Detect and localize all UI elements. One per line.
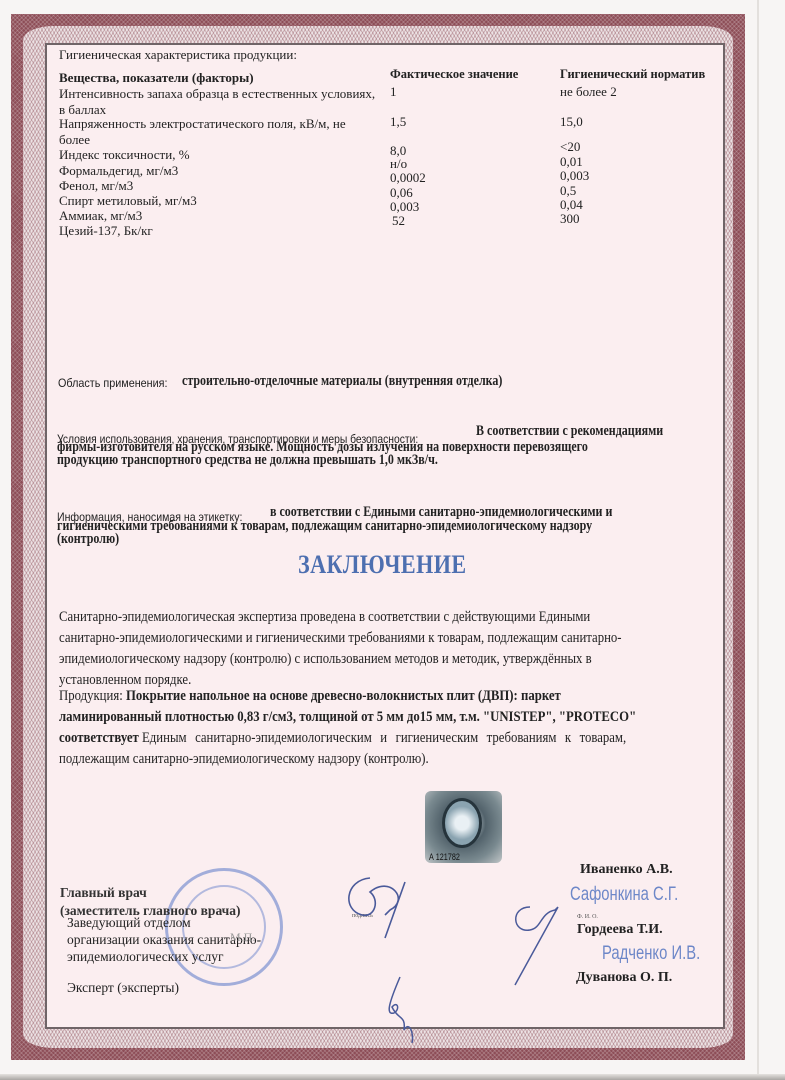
signature-icon: [510, 895, 570, 985]
product-name-cont: ламинированный плотностью 0,83 г/см3, то…: [59, 707, 636, 728]
scope-value: строительно-отделочные материалы (внутре…: [182, 373, 502, 390]
name-ivanenko: Иваненко А.В.: [580, 862, 673, 878]
row-substance: Интенсивность запаха образца в естествен…: [59, 86, 375, 101]
conditions-value-3: продукцию транспортного средства не долж…: [57, 452, 438, 469]
scope-label: Область применения:: [58, 376, 168, 390]
row-substance-cont: в баллах: [59, 102, 106, 117]
row-actual: 0,003: [390, 199, 419, 214]
row-actual: 1,5: [390, 114, 406, 129]
complies-rest: Единым санитарно-эпидемиологическим и ги…: [142, 730, 626, 746]
row-norm: <20: [560, 139, 580, 154]
head-label-3: эпидемиологических услуг: [67, 949, 223, 965]
row-substance: Формальдегид, мг/м3: [59, 163, 178, 178]
row-actual: н/о: [390, 156, 407, 171]
signature-icon: [380, 975, 430, 1045]
section-title: Гигиеническая характеристика продукции:: [59, 47, 297, 62]
conclusion-line: Санитарно-эпидемиологическая экспертиза …: [59, 607, 590, 628]
label-info-value-3: (контролю): [57, 531, 119, 548]
row-substance: Фенол, мг/м3: [59, 178, 133, 193]
table-header-substance: Вещества, показатели (факторы): [59, 70, 254, 85]
row-norm: 15,0: [560, 114, 583, 129]
row-substance: Индекс токсичности, %: [59, 147, 190, 162]
row-norm: 0,5: [560, 183, 576, 198]
row-norm: не более 2: [560, 84, 617, 99]
row-norm: 0,003: [560, 168, 589, 183]
name-gordeeva: Гордеева Т.И.: [577, 922, 663, 938]
row-actual: 52: [392, 213, 405, 228]
expert-label: Эксперт (эксперты): [67, 980, 179, 996]
table-header-norm: Гигиенический норматив: [560, 67, 705, 82]
product-label: Продукция:: [59, 688, 123, 704]
row-norm: 300: [560, 211, 580, 226]
conditions-value-1: В соответствии с рекомендациями: [476, 423, 663, 440]
row-substance: Напряженность электростатического поля, …: [59, 116, 346, 131]
emblem-icon: [442, 798, 482, 848]
row-norm: 0,04: [560, 197, 583, 212]
name-stamp-safonkina: Сафонкина С.Г.: [570, 884, 678, 906]
row-actual: 1: [390, 84, 397, 99]
hologram-seal: А 121782: [425, 791, 502, 863]
row-substance: Цезий-137, Бк/кг: [59, 223, 153, 238]
name-stamp-radchenko: Радченко И.В.: [602, 943, 700, 965]
conclusion-line: эпидемиологическому надзору (контролю) с…: [59, 649, 592, 670]
complies-line: соответствует Единым санитарно-эпидемиол…: [59, 728, 626, 749]
row-substance: Аммиак, мг/м3: [59, 208, 142, 223]
scanner-edge: [0, 1074, 785, 1080]
conclusion-line: санитарно-эпидемиологическими и гигиенич…: [59, 628, 622, 649]
product-name: Покрытие напольное на основе древесно-во…: [126, 688, 561, 704]
hologram-number: А 121782: [429, 852, 460, 862]
row-actual: 0,0002: [390, 170, 426, 185]
row-actual: 0,06: [390, 185, 413, 200]
complies-word: соответствует: [59, 730, 139, 746]
row-norm: 0,01: [560, 154, 583, 169]
fio-caption: Ф. И. О.: [577, 914, 598, 920]
row-substance-cont: более: [59, 132, 90, 147]
table-header-actual: Фактическое значение: [390, 67, 518, 82]
chief-doctor-label: Главный врач: [60, 885, 147, 901]
row-substance: Спирт метиловый, мг/м3: [59, 193, 197, 208]
stamp-place-label: М.П.: [230, 930, 255, 945]
complies-line-end: подлежащим санитарно-эпидемиологическому…: [59, 749, 429, 770]
label-info-value-2: гигиеническими требованиями к товарам, п…: [57, 518, 592, 535]
conclusion-title: ЗАКЛЮЧЕНИЕ: [298, 550, 466, 580]
signature-icon: [340, 870, 440, 940]
name-duvanova: Дуванова О. П.: [576, 970, 672, 986]
head-label-1: Заведующий отделом: [67, 915, 191, 931]
page-edge: [757, 0, 759, 1080]
product-statement: Продукция: Покрытие напольное на основе …: [59, 686, 561, 707]
